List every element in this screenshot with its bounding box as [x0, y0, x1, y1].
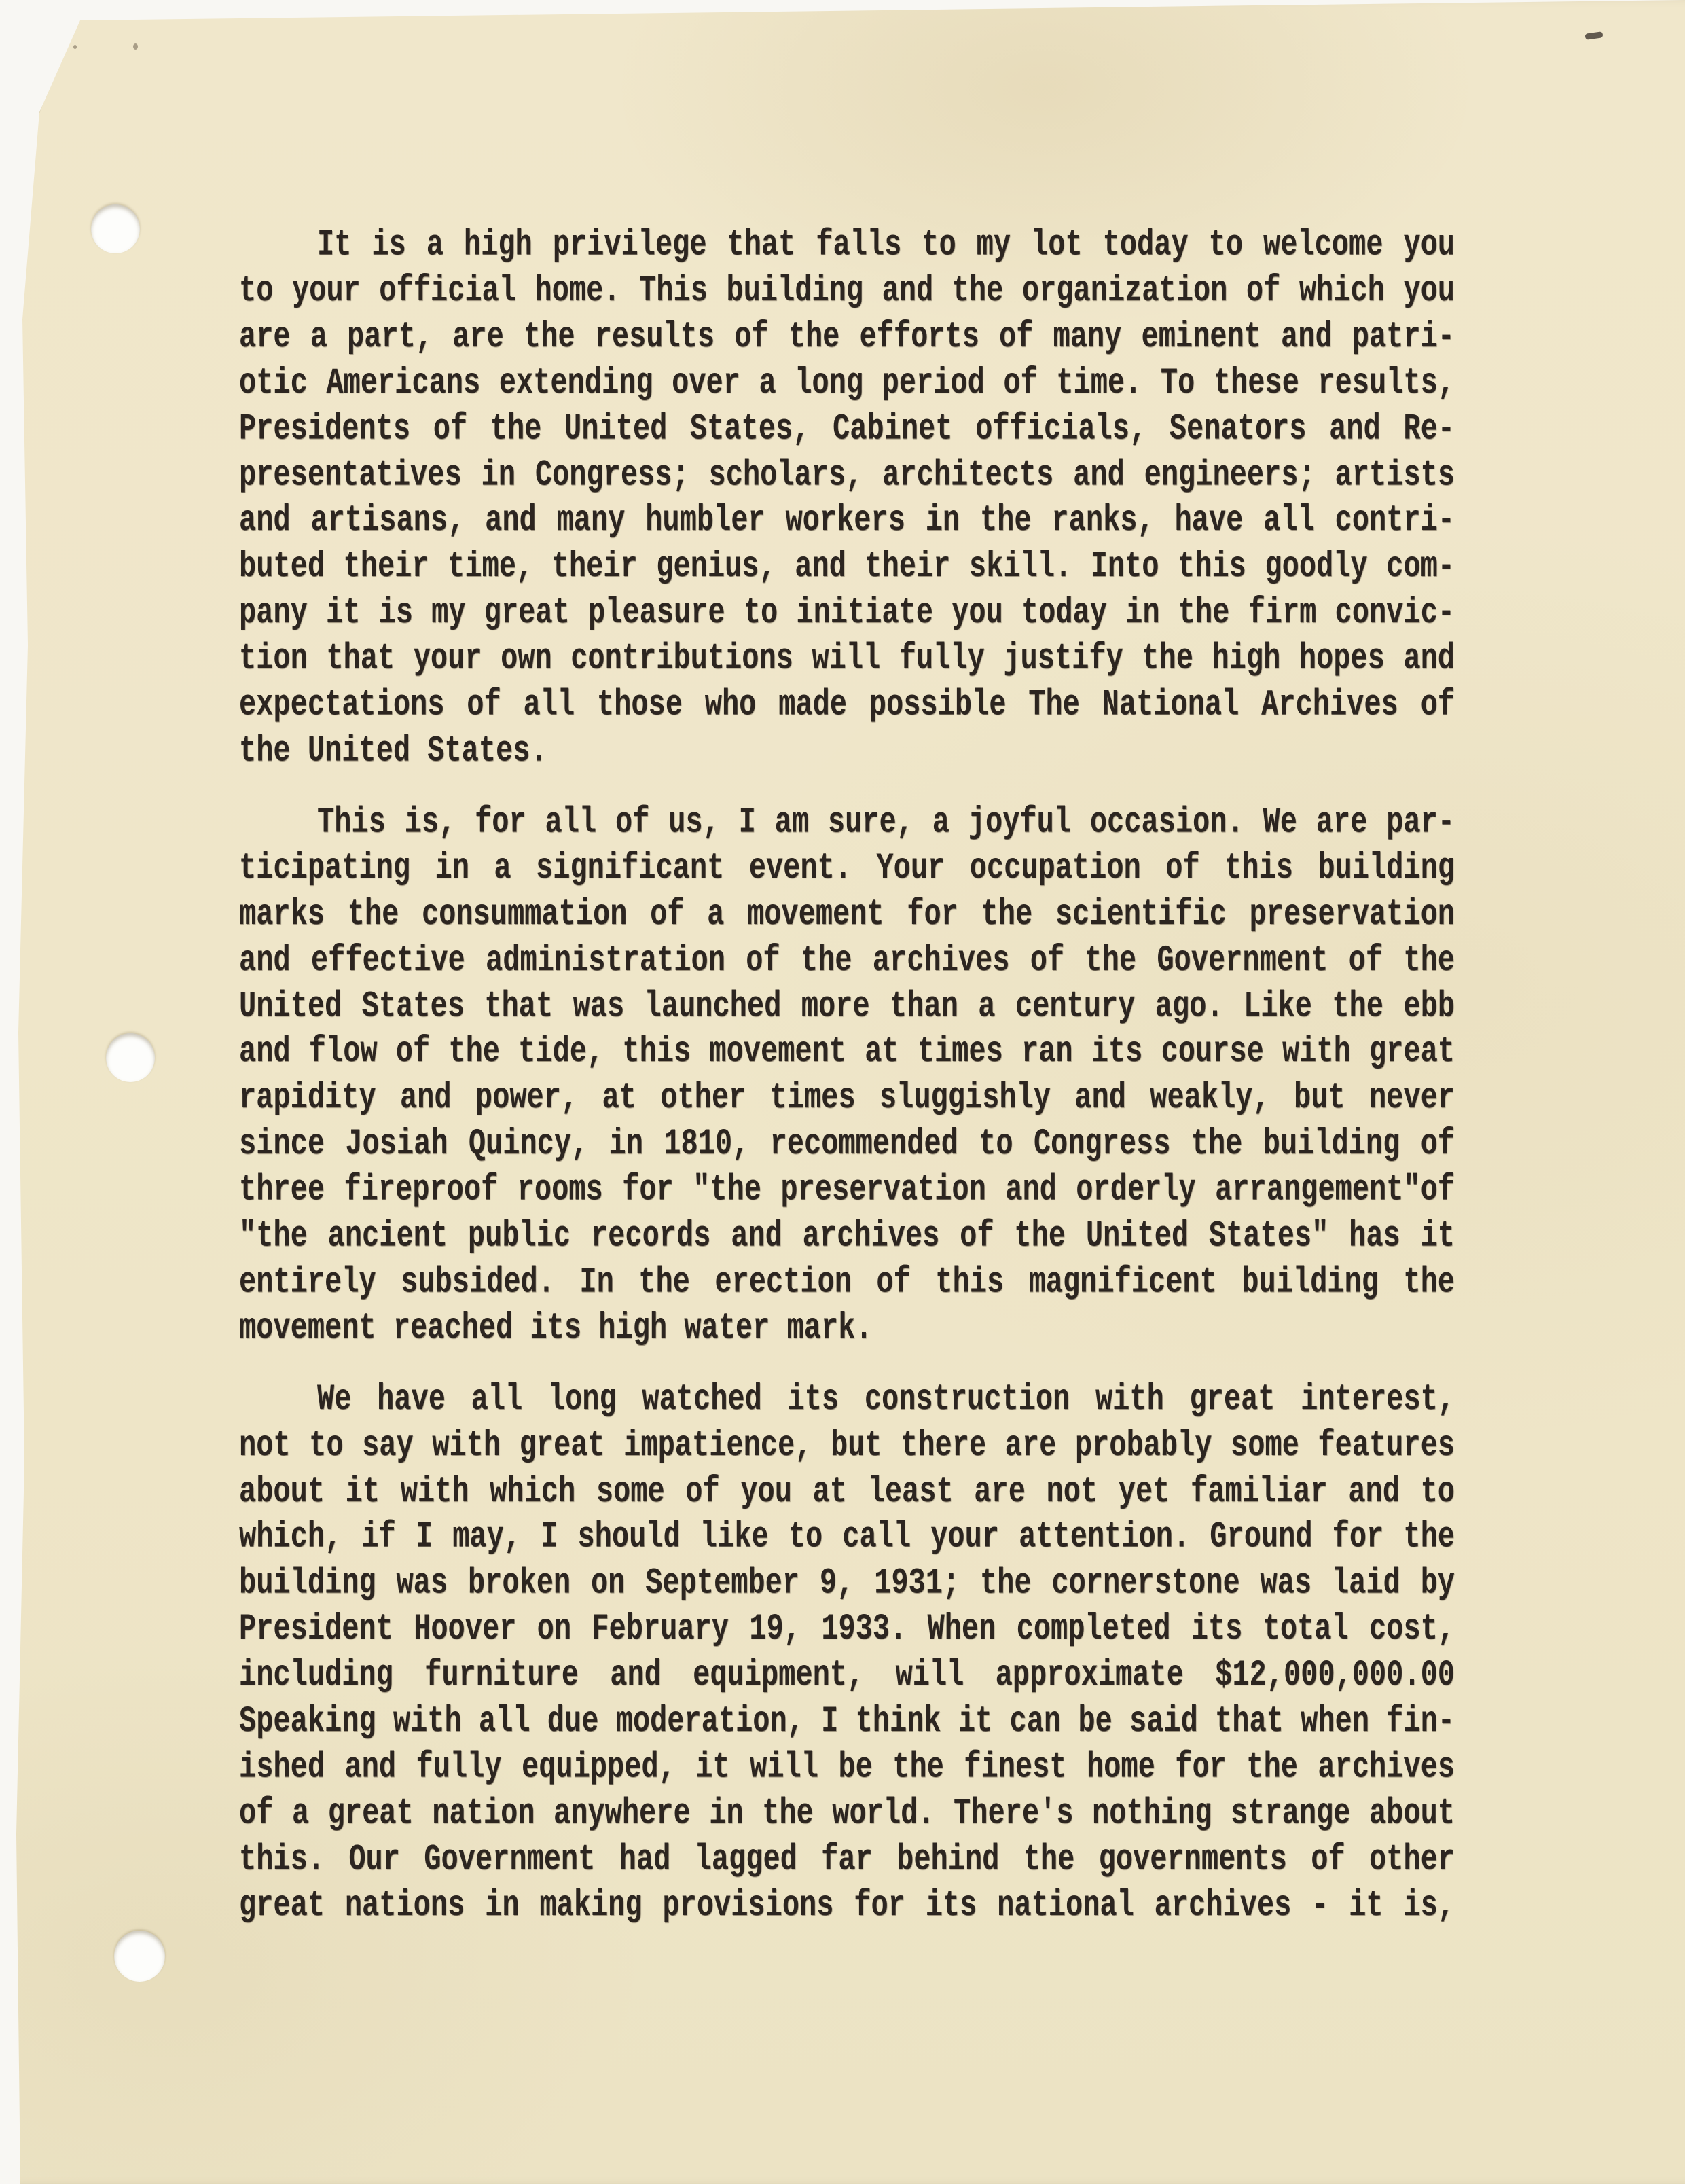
text-line: entirely subsided. In the erection of th…: [239, 1259, 1455, 1306]
punch-hole-bottom: [114, 1931, 165, 1982]
text-line: to your official home. This building and…: [239, 268, 1455, 315]
punch-hole-top: [91, 204, 140, 253]
paper-sheet: It is a high privilege that falls to my …: [0, 0, 1685, 2184]
text-line: President Hoover on February 19, 1933. W…: [239, 1607, 1455, 1653]
text-line: pany it is my great pleasure to initiate…: [239, 590, 1455, 637]
text-line: marks the consummation of a movement for…: [239, 891, 1455, 937]
scanned-page: It is a high privilege that falls to my …: [0, 0, 1685, 2184]
paper-speck: [73, 45, 77, 49]
text-line: presentatives in Congress; scholars, arc…: [239, 452, 1455, 499]
text-line: ished and fully equipped, it will be the…: [239, 1744, 1455, 1791]
corner-crease: [38, 24, 71, 113]
text-line: of a great nation anywhere in the world.…: [239, 1791, 1455, 1837]
text-line: and flow of the tide, this movement at t…: [239, 1029, 1455, 1075]
text-line: This is, for all of us, I am sure, a joy…: [239, 800, 1455, 846]
text-line: great nations in making provisions for i…: [239, 1882, 1455, 1929]
text-line: "the ancient public records and archives…: [239, 1213, 1455, 1259]
text-line: movement reached its high water mark.: [239, 1306, 1455, 1352]
text-line: the United States.: [239, 728, 1455, 774]
text-line: are a part, are the results of the effor…: [239, 314, 1455, 360]
text-line: building was broken on September 9, 1931…: [239, 1560, 1455, 1607]
text-line: rapidity and power, at other times slugg…: [239, 1075, 1455, 1122]
text-line: and effective administration of the arch…: [239, 937, 1455, 984]
punch-hole-middle: [106, 1033, 155, 1082]
text-line: not to say with great impatience, but th…: [239, 1422, 1455, 1469]
text-line: and artisans, and many humbler workers i…: [239, 498, 1455, 544]
text-line: three fireproof rooms for "the preservat…: [239, 1168, 1455, 1214]
paragraph: It is a high privilege that falls to my …: [239, 222, 1455, 774]
text-line: United States that was launched more tha…: [239, 984, 1455, 1030]
text-line: since Josiah Quincy, in 1810, recommende…: [239, 1122, 1455, 1168]
text-line: tion that your own contributions will fu…: [239, 636, 1455, 682]
text-line: including furniture and equipment, will …: [239, 1653, 1455, 1699]
paper-speck: [133, 43, 138, 50]
text-line: It is a high privilege that falls to my …: [239, 222, 1455, 268]
text-line: this. Our Government had lagged far behi…: [239, 1837, 1455, 1883]
text-line: Speaking with all due moderation, I thin…: [239, 1699, 1455, 1745]
text-line: otic Americans extending over a long per…: [239, 360, 1455, 406]
text-line: Presidents of the United States, Cabinet…: [239, 406, 1455, 452]
paragraph: We have all long watched its constructio…: [239, 1377, 1455, 1929]
text-line: which, if I may, I should like to call y…: [239, 1515, 1455, 1561]
paragraph: This is, for all of us, I am sure, a joy…: [239, 800, 1455, 1352]
text-line: buted their time, their genius, and thei…: [239, 544, 1455, 590]
text-line: expectations of all those who made possi…: [239, 682, 1455, 728]
text-line: ticipating in a significant event. Your …: [239, 845, 1455, 891]
document-text: It is a high privilege that falls to my …: [239, 222, 1455, 1929]
text-line: about it with which some of you at least…: [239, 1469, 1455, 1515]
text-line: We have all long watched its constructio…: [239, 1377, 1455, 1423]
